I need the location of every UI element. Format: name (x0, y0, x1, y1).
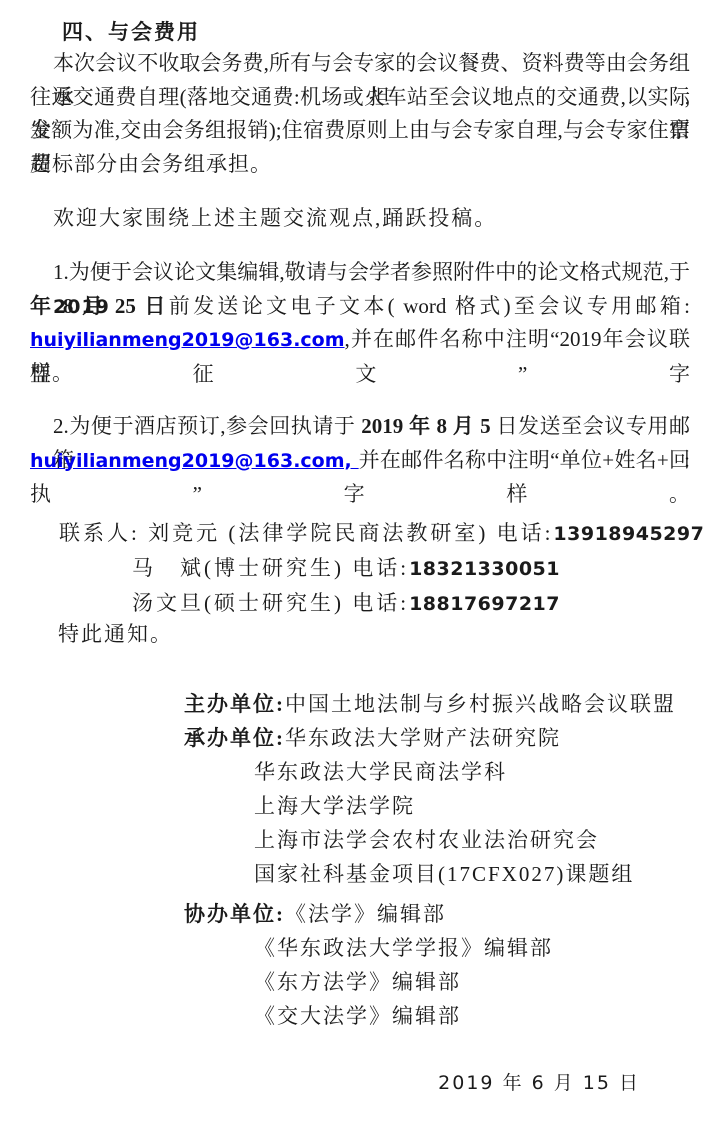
document-page: 四、与会费用 本次会议不收取会务费,所有与会专家的会议餐费、资料费等由会务组承担… (0, 0, 720, 1140)
host-value: 中国土地法制与乡村振兴战略会议联盟 (285, 692, 676, 716)
co-organizer-row-3: 《东方法学》编辑部 (30, 965, 690, 999)
contact-row-3: 汤文旦(硕士研究生) 电话:18817697217 (30, 586, 690, 621)
point2-deadline-date: 2019 年 8 月 5 (361, 414, 496, 438)
fee-line-1: 本次会议不收取会务费,所有与会专家的会议餐费、资料费等由会务组承担, (30, 47, 690, 81)
contact-1-info: 刘竞元 (法律学院民商法教研室) 电话: (148, 521, 553, 545)
reply-email-link[interactable]: huiyilianmeng2019@163.com, (30, 450, 359, 472)
welcome-paragraph: 欢迎大家围绕上述主题交流观点,踊跃投稿。 (30, 202, 690, 236)
point1-paragraph: 1.为便于会议论文集编辑,敬请与会学者参照附件中的论文格式规范,于 2019 年… (30, 256, 690, 390)
fee-line-4: 超标部分由会务组承担。 (30, 148, 690, 182)
co-organizer-value-1: 《法学》编辑部 (285, 902, 446, 926)
notice-line: 特此通知。 (30, 618, 690, 652)
fee-line-3: 金额为准,交由会务组报销);住宿费原则上由与会专家自理,与会专家住宿费 (30, 114, 690, 148)
contact-row-1: 联系人: 刘竞元 (法律学院民商法教研室) 电话:13918945297 (30, 516, 690, 551)
contacts-label: 联系人: (59, 521, 148, 545)
welcome-line: 欢迎大家围绕上述主题交流观点,踊跃投稿。 (30, 202, 690, 236)
host-row: 主办单位:中国土地法制与乡村振兴战略会议联盟 (30, 687, 690, 721)
co-organizer-row-4: 《交大法学》编辑部 (30, 999, 690, 1033)
fee-line-2: 往返交通费自理(落地交通费:机场或火车站至会议地点的交通费,以实际发票 (30, 81, 690, 115)
host-label: 主办单位: (184, 692, 285, 716)
contact-1-phone: 13918945297 (553, 523, 704, 545)
co-organizer-row-1: 协办单位:《法学》编辑部 (30, 897, 690, 931)
point2-line-1: 2.为便于酒店预订,参会回执请于 2019 年 8 月 5 日发送至会议专用邮箱… (30, 410, 690, 444)
organizer-row-2: 华东政法大学民商法学科 (30, 755, 690, 789)
submission-email-link[interactable]: huiyilianmeng2019@163.com (30, 329, 345, 351)
contact-3-phone: 18817697217 (409, 593, 560, 615)
organizer-value-1: 华东政法大学财产法研究院 (285, 726, 561, 750)
co-organizer-label: 协办单位: (184, 902, 285, 926)
point2-line-2: huiyilianmeng2019@163.com, 并在邮件名称中注明“单位+… (30, 444, 690, 478)
point1-deadline-date: 年 8 月 25 日 (30, 294, 169, 318)
section-heading: 四、与会费用 (30, 16, 690, 50)
point1-text-a: 1.为便于会议论文集编辑,敬请与会学者参照附件中的论文格式规范,于 (53, 260, 690, 284)
co-organizer-row-2: 《华东政法大学学报》编辑部 (30, 931, 690, 965)
contact-2-info: 马 斌(博士研究生) 电话: (132, 556, 409, 580)
organizer-row-1: 承办单位:华东政法大学财产法研究院 (30, 721, 690, 755)
contact-3-info: 汤文旦(硕士研究生) 电话: (132, 591, 409, 615)
document-date: 2019 年 6 月 15 日 (30, 1066, 690, 1100)
point1-line-2: 年 8 月 25 日前发送论文电子文本( word 格式)至会议专用邮箱: (30, 290, 690, 324)
organizer-row-5: 国家社科基金项目(17CFX027)课题组 (30, 857, 690, 891)
organizer-row-4: 上海市法学会农村农业法治研究会 (30, 823, 690, 857)
contacts-block: 联系人: 刘竞元 (法律学院民商法教研室) 电话:13918945297 马 斌… (30, 516, 690, 621)
organizer-row-3: 上海大学法学院 (30, 789, 690, 823)
point2-paragraph: 2.为便于酒店预订,参会回执请于 2019 年 8 月 5 日发送至会议专用邮箱… (30, 410, 690, 477)
organizers-block: 主办单位:中国土地法制与乡村振兴战略会议联盟 承办单位:华东政法大学财产法研究院… (30, 687, 690, 1033)
point1-line-1: 1.为便于会议论文集编辑,敬请与会学者参照附件中的论文格式规范,于 2019 (30, 256, 690, 290)
fee-paragraph: 本次会议不收取会务费,所有与会专家的会议餐费、资料费等由会务组承担, 往返交通费… (30, 47, 690, 181)
point2-text-a: 2.为便于酒店预订,参会回执请于 (53, 414, 361, 438)
organizer-label: 承办单位: (184, 726, 285, 750)
contact-row-2: 马 斌(博士研究生) 电话:18321330051 (30, 551, 690, 586)
point1-text-b: 前发送论文电子文本( word 格式)至会议专用邮箱: (169, 294, 690, 318)
section-fee: 四、与会费用 (30, 16, 690, 50)
point1-line-3: huiyilianmeng2019@163.com,并在邮件名称中注明“2019… (30, 323, 690, 357)
contact-2-phone: 18321330051 (409, 558, 560, 580)
notice-block: 特此通知。 (30, 618, 690, 652)
